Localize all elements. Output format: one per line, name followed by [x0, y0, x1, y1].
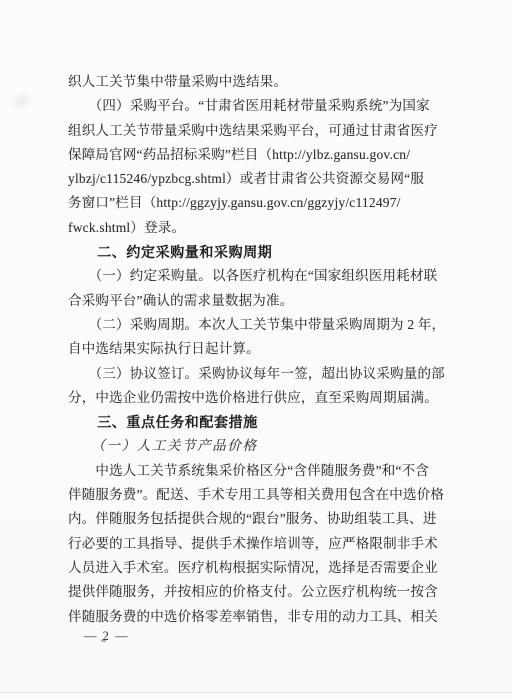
body-text: 织人工关节集中带量采购中选结果。 （四）采购平台。“甘肃省医用耗材带量采购系统”…	[68, 70, 450, 629]
text-line: 合采购平台”确认的需求量数据为准。	[68, 289, 450, 313]
scan-speck	[101, 639, 106, 642]
text-line: 三、重点任务和配套措施	[68, 410, 450, 434]
text-line: 织人工关节集中带量采购中选结果。	[68, 70, 450, 94]
scan-edge-line	[0, 692, 512, 693]
text-line: （三）协议签订。采购协议每年一签，超出协议采购量的部	[68, 362, 450, 386]
text-line: 提供伴随服务，并按相应的价格支付。公立医疗机构统一按含	[68, 580, 450, 604]
text-line: 自中选结果实际执行日起计算。	[68, 337, 450, 361]
text-line: 行必要的工具指导、提供手术操作培训等，应严格限制非手术	[68, 532, 450, 556]
text-line: 人员进入手术室。医疗机构根据实际情况，选择是否需要企业	[68, 556, 450, 580]
page-number: — 2 —	[84, 629, 129, 644]
text-line: 伴随服务费”。配送、手术专用工具等相关费用包含在中选价格	[68, 483, 450, 507]
scan-smudge	[5, 87, 37, 116]
text-line: 保障局官网“药品招标采购”栏目（http://ylbz.gansu.gov.cn…	[68, 143, 450, 167]
text-line: 二、约定采购量和采购周期	[68, 240, 450, 264]
text-line: 中选人工关节系统集采价格区分“含伴随服务费”和“不含	[68, 459, 450, 483]
text-line: （一）约定采购量。以各医疗机构在“国家组织医用耗材联	[68, 264, 450, 288]
text-line: ylbzj/c115246/ypzbcg.shtml）或者甘肃省公共资源交易网“…	[68, 167, 450, 191]
text-line: （二）采购周期。本次人工关节集中带量采购周期为 2 年，	[68, 313, 450, 337]
text-line: 伴随服务费的中选价格零差率销售，非专用的动力工具、相关	[68, 605, 450, 629]
document-page: 织人工关节集中带量采购中选结果。 （四）采购平台。“甘肃省医用耗材带量采购系统”…	[0, 0, 512, 697]
text-line: 务窗口”栏目（http://ggzyjy.gansu.gov.cn/ggzyjy…	[68, 191, 450, 215]
text-line: 内。伴随服务包括提供合规的“跟台”服务、协助组装工具、进	[68, 507, 450, 531]
text-line: （四）采购平台。“甘肃省医用耗材带量采购系统”为国家	[68, 94, 450, 118]
text-line: （一）人工关节产品价格	[68, 434, 450, 458]
text-line: fwck.shtml）登录。	[68, 216, 450, 240]
text-line: 组织人工关节带量采购中选结果采购平台，可通过甘肃省医疗	[68, 119, 450, 143]
text-line: 分，中选企业仍需按中选价格进行供应，直至采购周期届满。	[68, 386, 450, 410]
